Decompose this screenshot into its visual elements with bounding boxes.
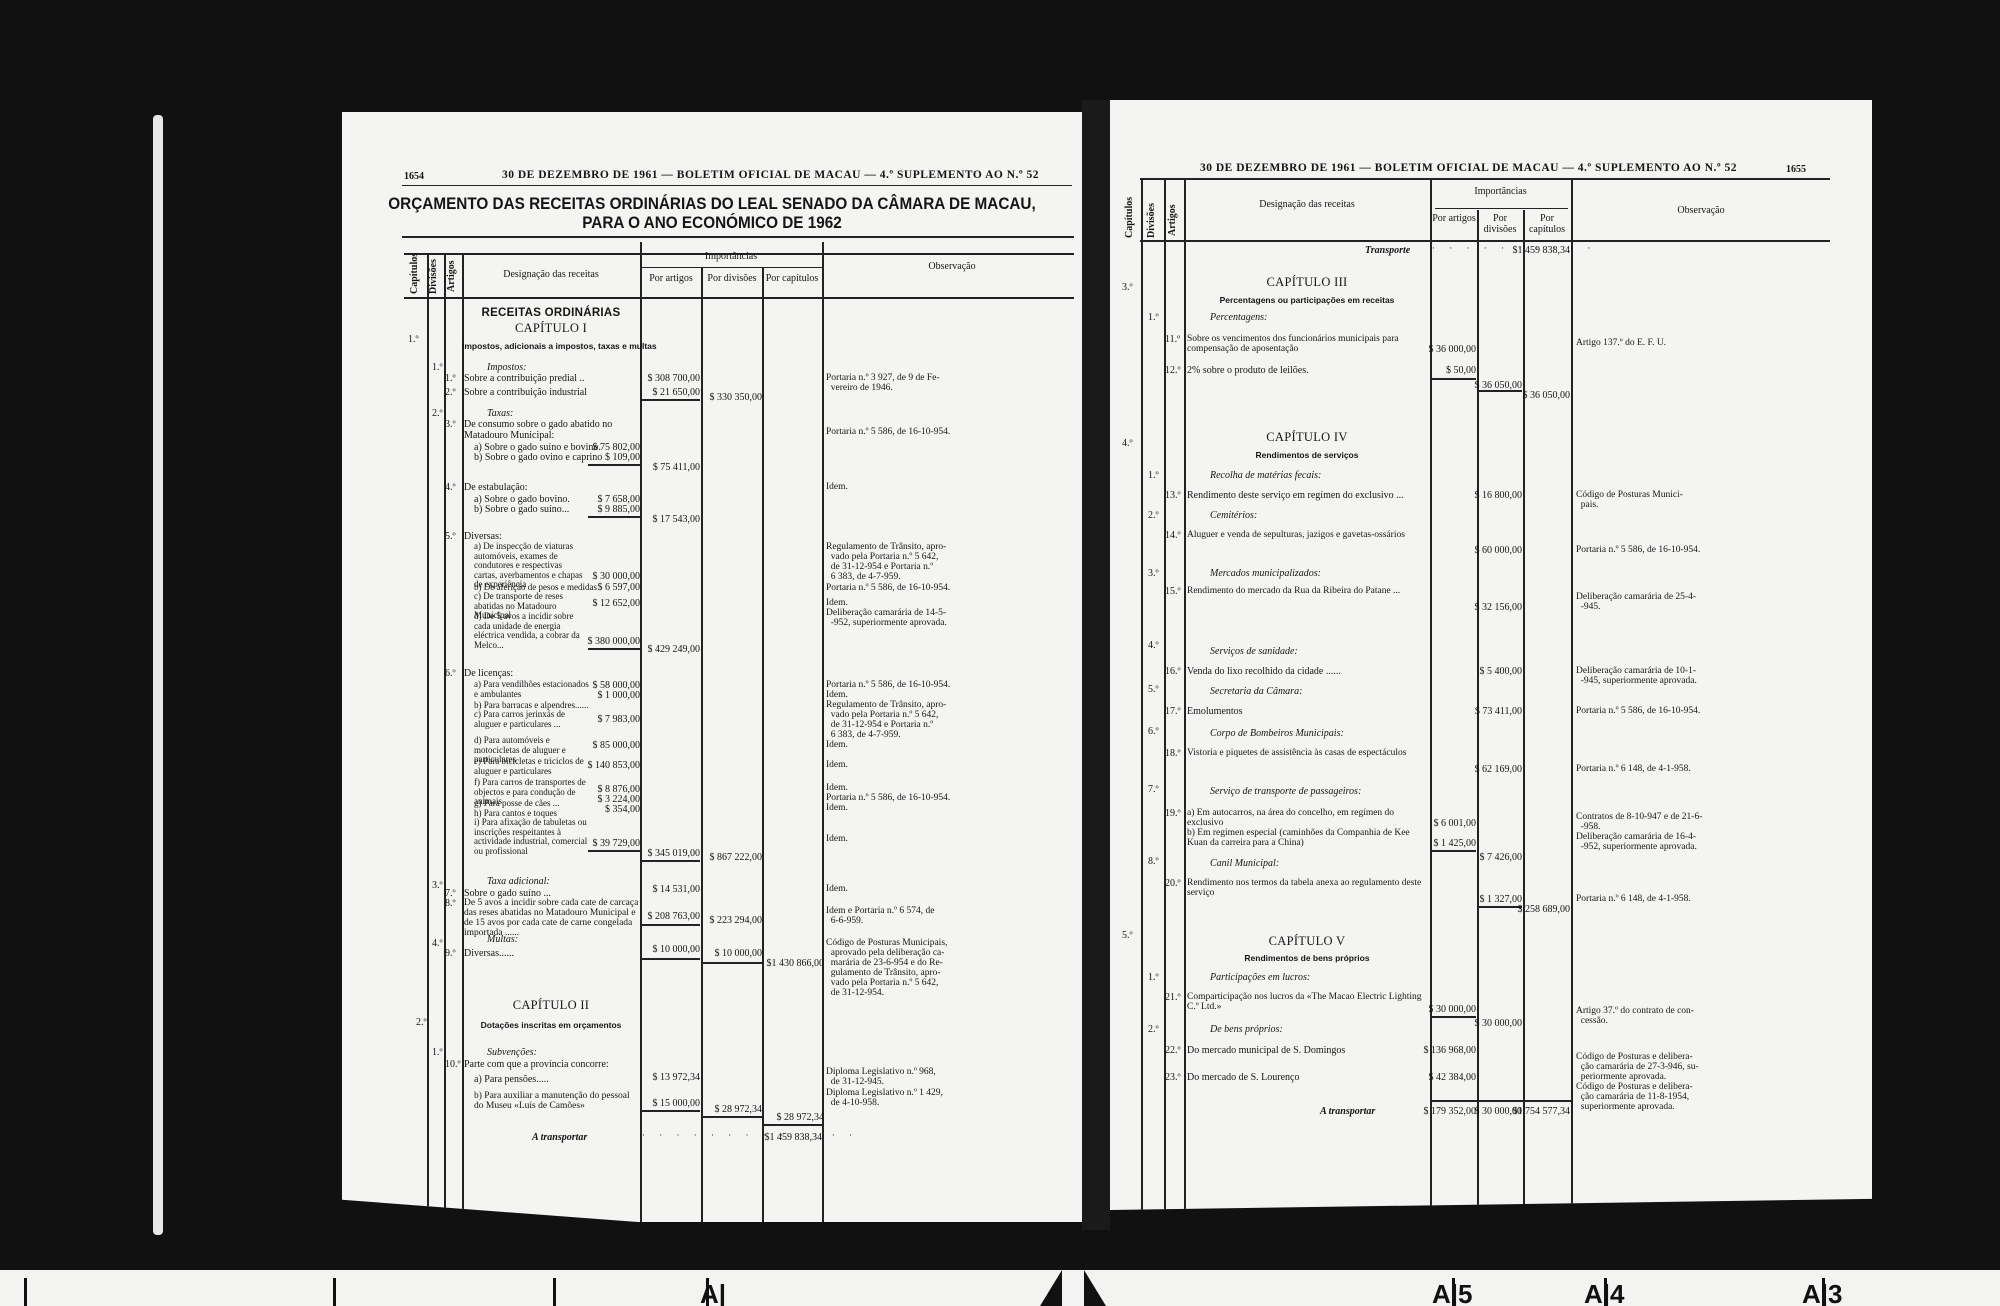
observation: Portaria n.º 5 586, de 16-10-954. xyxy=(1576,706,1700,716)
column-header-por-capitulos: Por capítulos xyxy=(1524,214,1570,235)
article-number: 19.º xyxy=(1165,808,1181,819)
amount-por-divisoes: $ 7 426,00 xyxy=(1442,852,1522,863)
column-header-designacao: Designação das receitas xyxy=(1184,200,1430,211)
observation: Idem. xyxy=(826,760,848,770)
division-number: 2.º xyxy=(432,408,443,419)
chapter-title: CAPÍTULO III xyxy=(1184,277,1430,288)
chapter-subtitle: Dotações inscritas em orçamentos xyxy=(462,1020,640,1031)
chapter-subtitle: Rendimentos de serviços xyxy=(1184,450,1430,461)
division-heading: Impostos: xyxy=(487,362,526,373)
division-heading: Canil Municipal: xyxy=(1210,858,1279,869)
amount-por-divisoes: $ 867 222,00 xyxy=(682,852,762,863)
division-heading: Taxas: xyxy=(487,408,513,419)
observation: Artigo 137.º do E. F. U. xyxy=(1576,338,1666,348)
article-text: Aluguer e venda de sepulturas, jazigos e… xyxy=(1187,530,1427,540)
sub-item: e) Para bicicletas e triciclos de alugue… xyxy=(474,757,589,776)
article-text: Venda do lixo recolhido da cidade ...... xyxy=(1187,666,1341,677)
chapter-number: 5.º xyxy=(1122,930,1133,941)
article-text: 2% sobre o produto de leilões. xyxy=(1187,365,1309,376)
amount-por-divisoes: $ 330 350,00 xyxy=(682,392,762,403)
article-number: 10.º xyxy=(445,1059,461,1070)
article-number: 14.º xyxy=(1165,530,1181,541)
article-text: Diversas...... xyxy=(464,948,514,959)
book-gutter xyxy=(1082,100,1110,1230)
article-number: 12.º xyxy=(1165,365,1181,376)
document-title-line1: ORÇAMENTO DAS RECEITAS ORDINÁRIAS DO LEA… xyxy=(379,194,1045,214)
frame-label: A| xyxy=(700,1279,726,1306)
column-header-importancias: Importâncias xyxy=(1430,187,1571,198)
left-page: 1654 30 DE DEZEMBRO DE 1961 — BOLETIM OF… xyxy=(342,112,1082,1222)
article-text: De consumo sobre o gado abatido no Matad… xyxy=(464,419,634,441)
division-number: 5.º xyxy=(1148,684,1159,695)
division-heading: Secretaria da Câmara: xyxy=(1210,686,1302,697)
article-number: 21.º xyxy=(1165,992,1181,1003)
article-number: 17.º xyxy=(1165,706,1181,717)
division-number: 1.º xyxy=(1148,972,1159,983)
amount-por-divisoes: $ 62 169,00 xyxy=(1442,764,1522,775)
amount-por-divisoes: $ 16 800,00 xyxy=(1442,490,1522,501)
column-header-designacao: Designação das receitas xyxy=(462,270,640,281)
amount-por-divisoes: $ 60 000,00 xyxy=(1442,545,1522,556)
sub-item: a) Para vendilhões estacionados e ambula… xyxy=(474,680,589,699)
amount-por-artigos: $ 136 968,00 xyxy=(1396,1045,1476,1056)
amount-por-divisoes: $ 73 411,00 xyxy=(1442,706,1522,717)
article-text: Comparticipação nos lucros da «The Macao… xyxy=(1187,992,1427,1012)
amount-por-artigos: $ 429 249,00 xyxy=(620,644,700,655)
division-number: 4.º xyxy=(432,938,443,949)
article-number: 3.º xyxy=(445,419,456,430)
observation: Artigo 37.º do contrato de con- cessão. xyxy=(1576,1006,1694,1026)
column-header-observacao: Observação xyxy=(1571,206,1831,217)
film-strip-margin: A| A|5 A|4 A|3 xyxy=(0,1270,2000,1306)
column-header-por-artigos: Por artigos xyxy=(642,274,700,285)
division-heading: Multas: xyxy=(487,934,518,945)
carry-forward-label: A transportar xyxy=(1320,1106,1375,1117)
running-head: 30 DE DEZEMBRO DE 1961 — BOLETIM OFICIAL… xyxy=(1200,162,1737,174)
page-number: 1655 xyxy=(1786,164,1806,175)
observation: Idem. xyxy=(826,740,848,750)
division-heading: Corpo de Bombeiros Municipais: xyxy=(1210,728,1344,739)
chapter-title: CAPÍTULO IV xyxy=(1184,432,1430,443)
article-number: 18.º xyxy=(1165,748,1181,759)
amount-por-artigos: $ 17 543,00 xyxy=(620,514,700,525)
chapter-number: 2.º xyxy=(416,1017,427,1028)
article-number: 5.º xyxy=(445,531,456,542)
article-text: Sobre a contribuição predial .. xyxy=(464,373,585,384)
article-number: 23.º xyxy=(1165,1072,1181,1083)
chapter-title: CAPÍTULO II xyxy=(462,1000,640,1011)
column-header-por-divisoes: Por divisões xyxy=(1478,214,1522,235)
sub-item: c) Para carros jerinxás de aluguer e par… xyxy=(474,710,589,729)
division-number: 3.º xyxy=(432,880,443,891)
observation: Idem. xyxy=(826,482,848,492)
observation: Idem. xyxy=(826,783,848,793)
sub-item-value: $ 1 000,00 xyxy=(582,690,640,701)
chapter-number: 3.º xyxy=(1122,282,1133,293)
carry-forward-label: A transportar xyxy=(532,1132,587,1143)
sub-item: a) Para pensões..... xyxy=(474,1074,549,1085)
division-number: 1.º xyxy=(1148,470,1159,481)
division-heading: Mercados municipalizados: xyxy=(1210,568,1321,579)
column-header-por-divisoes: Por divisões xyxy=(702,274,762,285)
amount-por-divisoes: $ 5 400,00 xyxy=(1442,666,1522,677)
division-number: 2.º xyxy=(1148,510,1159,521)
amount-por-artigos: $ 30 000,00 xyxy=(1396,1004,1476,1015)
article-number: 11.º xyxy=(1165,334,1180,345)
article-text: Rendimento nos termos da tabela anexa ao… xyxy=(1187,878,1427,898)
article-text: Do mercado municipal de S. Domingos xyxy=(1187,1045,1345,1056)
article-number: 4.º xyxy=(445,482,456,493)
column-header-artigos: Artigos xyxy=(446,260,457,292)
chapter-total: $ 28 972,34 xyxy=(744,1112,824,1123)
sub-item: i) Para afixação de tabuletas ou inscriç… xyxy=(474,818,589,856)
sub-item-value: $ 13 972,34 xyxy=(620,1072,700,1083)
observation: Idem. xyxy=(826,598,848,608)
article-text: Do mercado de S. Lourenço xyxy=(1187,1072,1299,1083)
division-heading: De bens próprios: xyxy=(1210,1024,1283,1035)
observation: Deliberação camarária de 16-4- -952, sup… xyxy=(1576,832,1697,852)
article-text: De 5 avos a incidir sobre cada cate de c… xyxy=(464,898,640,938)
arrow-right-icon xyxy=(1084,1270,1106,1306)
frame-label: A|4 xyxy=(1584,1279,1625,1306)
article-number: 6.º xyxy=(445,668,456,679)
article-number: 1.º xyxy=(445,373,456,384)
sub-item-value: $ 7 983,00 xyxy=(582,714,640,725)
article-number: 22.º xyxy=(1165,1045,1181,1056)
column-header-observacao: Observação xyxy=(822,262,1082,273)
amount-por-artigos: $ 36 000,00 xyxy=(1396,344,1476,355)
article-text: De licenças: xyxy=(464,668,513,679)
division-number: 7.º xyxy=(1148,784,1159,795)
division-number: 2.º xyxy=(1148,1024,1159,1035)
observation: Portaria n.º 6 148, de 4-1-958. xyxy=(1576,764,1691,774)
amount-por-artigos: $ 308 700,00 xyxy=(620,373,700,384)
chapter-total: $1 430 866,00 xyxy=(744,958,824,969)
division-number: 1.º xyxy=(1148,312,1159,323)
column-header-capitulos: Capítulos xyxy=(409,253,420,294)
article-number: 16.º xyxy=(1165,666,1181,677)
scanner-left-edge xyxy=(153,115,163,1235)
observation: Código de Posturas e delibera- ção camar… xyxy=(1576,1082,1693,1112)
observation: Deliberação camarária de 10-1- -945, sup… xyxy=(1576,666,1697,686)
arrow-left-icon xyxy=(1040,1270,1062,1306)
division-heading: Participações em lucros: xyxy=(1210,972,1310,983)
sub-item-value: $ 1 425,00 xyxy=(1396,838,1476,849)
article-text: Sobre os vencimentos dos funcionários mu… xyxy=(1187,334,1427,354)
article-text: Sobre a contribuição industrial xyxy=(464,387,587,398)
transport-total: $1 459 838,34 xyxy=(1490,245,1570,256)
article-number: 20.º xyxy=(1165,878,1181,889)
frame-label: A|3 xyxy=(1802,1279,1843,1306)
observation: Contratos de 8-10-947 e de 21-6- -958. xyxy=(1576,812,1702,832)
column-header-por-capitulos: Por capítulos xyxy=(763,274,821,285)
sub-item: b) Sobre o gado suíno... xyxy=(474,504,569,515)
transport-label: Transporte xyxy=(1365,245,1410,256)
amount-por-divisoes: $ 32 156,00 xyxy=(1442,602,1522,613)
article-text: Parte com que a província concorre: xyxy=(464,1059,609,1070)
observation: Código de Posturas e delibera- ção camar… xyxy=(1576,1052,1699,1082)
division-heading: Serviço de transporte de passageiros: xyxy=(1210,786,1361,797)
observation: Portaria n.º 5 586, de 16-10-954. xyxy=(1576,545,1700,555)
amount-por-artigos: $ 75 411,00 xyxy=(620,462,700,473)
observation: Regulamento de Trânsito, apro- vado pela… xyxy=(826,700,946,740)
division-heading: Percentagens: xyxy=(1210,312,1267,323)
column-header-divisoes: Divisões xyxy=(1146,203,1157,238)
running-head: 30 DE DEZEMBRO DE 1961 — BOLETIM OFICIAL… xyxy=(502,169,1039,181)
chapter-total: $ 36 050,00 xyxy=(1490,390,1570,401)
division-number: 6.º xyxy=(1148,726,1159,737)
carry-forward-total: $1 754 577,34 xyxy=(1490,1106,1570,1117)
sub-item-value: $ 6 597,00 xyxy=(582,582,640,593)
observation: Portaria n.º 6 148, de 4-1-958. xyxy=(1576,894,1691,904)
chapter-number: 1.º xyxy=(408,334,419,345)
chapter-number: 4.º xyxy=(1122,438,1133,449)
division-number: 1.º xyxy=(432,1047,443,1058)
observation: Portaria n.º 5 586, de 16-10-954. xyxy=(826,427,950,437)
document-title-line2: PARA O ANO ECONÓMICO DE 1962 xyxy=(379,213,1045,233)
sub-item-value: $ 30 000,00 xyxy=(582,571,640,582)
observation: Idem e Portaria n.º 6 574, de 6-6-959. xyxy=(826,906,934,926)
observation: Idem. xyxy=(826,884,848,894)
article-number: 2.º xyxy=(445,387,456,398)
observation: Idem. xyxy=(826,834,848,844)
division-heading: Cemitérios: xyxy=(1210,510,1257,521)
page-number: 1654 xyxy=(404,171,424,182)
column-header-por-artigos: Por artigos xyxy=(1432,214,1476,225)
chapter-total: $ 258 689,00 xyxy=(1490,904,1570,915)
observation: Código de Posturas Municipais, aprovado … xyxy=(826,938,947,998)
carry-forward-total: $1 459 838,34 xyxy=(742,1132,822,1143)
article-number: 15.º xyxy=(1165,586,1181,597)
right-page: 30 DE DEZEMBRO DE 1961 — BOLETIM OFICIAL… xyxy=(1110,100,1872,1210)
column-header-divisoes: Divisões xyxy=(428,259,439,294)
article-number: 9.º xyxy=(445,948,456,959)
section-title: RECEITAS ORDINÁRIAS xyxy=(462,308,640,319)
column-header-importancias: Importâncias xyxy=(640,252,822,263)
sub-item-value: $ 85 000,00 xyxy=(582,740,640,751)
frame-label: A|5 xyxy=(1432,1279,1473,1306)
division-number: 1.º xyxy=(432,362,443,373)
chapter-title: CAPÍTULO I xyxy=(462,323,640,334)
chapter-title: CAPÍTULO V xyxy=(1184,936,1430,947)
article-text: Vistoria e piquetes de assistência às ca… xyxy=(1187,748,1427,758)
observation: Código de Posturas Munici- pais. xyxy=(1576,490,1683,510)
article-text: De estabulação: xyxy=(464,482,528,493)
sub-item: d) De 5 avos a incidir sobre cada unidad… xyxy=(474,612,584,650)
article-text: Rendimento do mercado da Rua da Ribeira … xyxy=(1187,586,1427,596)
division-heading: Recolha de matérias fecais: xyxy=(1210,470,1321,481)
column-header-capitulos: Capítulos xyxy=(1124,197,1135,238)
sub-item-value: $ 354,00 xyxy=(582,804,640,815)
observation: Diploma Legislativo n.º 1 429, de 4-10-9… xyxy=(826,1088,943,1108)
observation: Deliberação camarária de 25-4- -945. xyxy=(1576,592,1696,612)
observation: Portaria n.º 5 586, de 16-10-954. xyxy=(826,793,950,803)
division-number: 4.º xyxy=(1148,640,1159,651)
division-number: 3.º xyxy=(1148,568,1159,579)
amount-por-artigos: $ 42 384,00 xyxy=(1396,1072,1476,1083)
observation: Regulamento de Trânsito, apro- vado pela… xyxy=(826,542,946,582)
observation: Portaria n.º 5 586, de 16-10-954. xyxy=(826,680,950,690)
article-number: 8.º xyxy=(445,898,456,909)
observation: Diploma Legislativo n.º 968, de 31-12-94… xyxy=(826,1067,936,1087)
article-number: 13.º xyxy=(1165,490,1181,501)
division-heading: Serviços de sanidade: xyxy=(1210,646,1298,657)
division-heading: Subvenções: xyxy=(487,1047,537,1058)
chapter-subtitle: Rendimentos de bens próprios xyxy=(1184,953,1430,964)
observation: Idem. xyxy=(826,690,848,700)
chapter-subtitle: Percentagens ou participações em receita… xyxy=(1184,295,1430,306)
column-header-artigos: Artigos xyxy=(1167,204,1178,236)
division-number: 8.º xyxy=(1148,856,1159,867)
observation: Deliberação camarária de 14-5- -952, sup… xyxy=(826,608,947,628)
observation: Idem. xyxy=(826,803,848,813)
observation: Portaria n.º 5 586, de 16-10-954. xyxy=(826,583,950,593)
article-text: Rendimento deste serviço em regímen do e… xyxy=(1187,490,1404,501)
sub-item-value: $ 140 853,00 xyxy=(582,760,640,771)
amount-por-artigos: $ 14 531,00 xyxy=(620,884,700,895)
sub-item-value: $ 12 652,00 xyxy=(582,598,640,609)
sub-item: a) Em autocarros, na área do concelho, e… xyxy=(1187,808,1425,828)
amount-por-divisoes: $ 30 000,00 xyxy=(1442,1018,1522,1029)
chapter-subtitle: Impostos, adicionais a impostos, taxas e… xyxy=(462,341,640,352)
sub-item: b) Para auxiliar a manutenção do pessoal… xyxy=(474,1091,640,1111)
amount-por-artigos: $ 50,00 xyxy=(1396,365,1476,376)
division-heading: Taxa adicional: xyxy=(487,876,550,887)
observation: Portaria n.º 3 927, de 9 de Fe- vereiro … xyxy=(826,373,940,393)
article-text: Emolumentos xyxy=(1187,706,1243,717)
sub-item: b) Em regímen especial (caminhões da Com… xyxy=(1187,828,1425,848)
